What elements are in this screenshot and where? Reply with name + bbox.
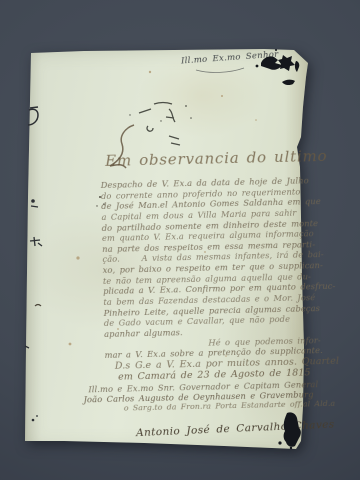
manuscript-photo: Ill.mo Ex.mo Senhor Em observancia do ul… (0, 0, 360, 480)
manuscript-body: Em observancia do ultimoDespacho de V. E… (100, 147, 312, 414)
